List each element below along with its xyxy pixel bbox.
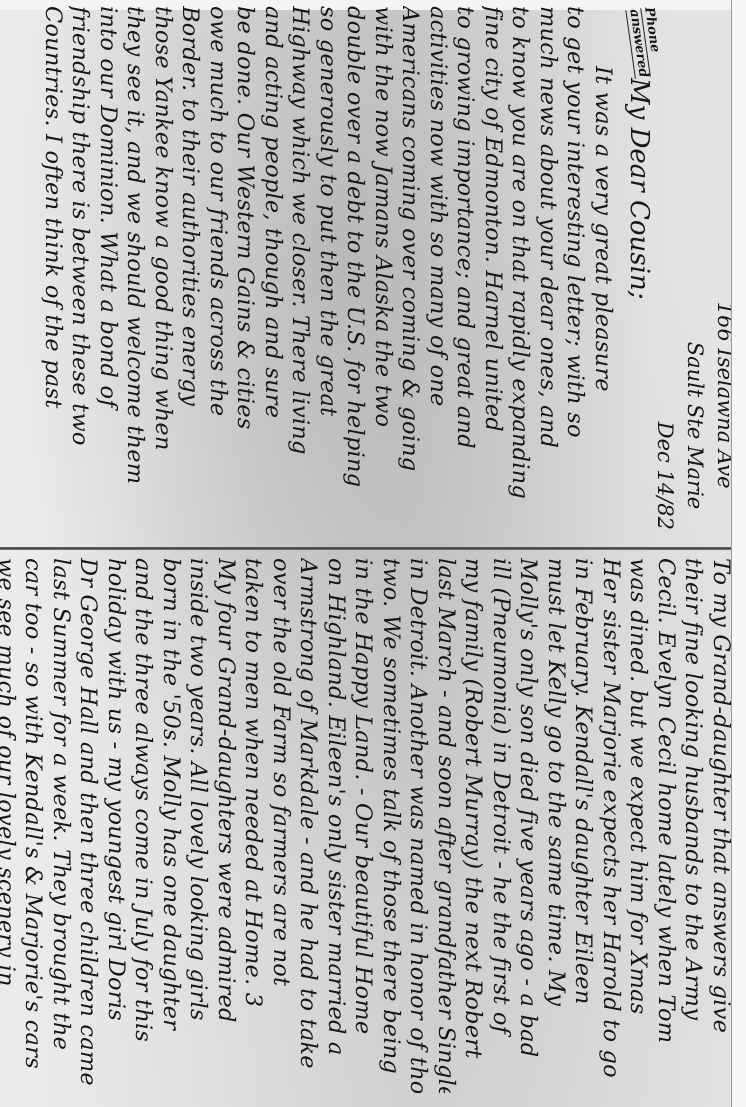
handwritten-line: Cecil. Evelyn Cecil home lately when Tom <box>652 558 680 1093</box>
scan-right-margin <box>731 0 746 1107</box>
handwritten-line: taken to men when needed at Home. 3 <box>239 558 267 1093</box>
handwritten-line: with the now Jamans Alaska the two <box>369 6 397 534</box>
handwritten-line: holiday with us - my youngest girl Doris <box>102 558 130 1093</box>
page-1-body: It was a very great pleasure to get your… <box>39 6 617 534</box>
salutation: My Dear Cousin; <box>624 8 654 299</box>
handwritten-line: It was a very great pleasure <box>589 6 617 534</box>
handwritten-line: in Detroit. Another was named in honor o… <box>404 558 432 1093</box>
handwritten-line: Highway which we closer. There living <box>286 6 314 534</box>
handwritten-line: double over a debt to the U.S. for helpi… <box>341 6 369 534</box>
handwritten-line: in February. Kendall's daughter Eileen <box>569 558 597 1093</box>
page-fold-line <box>0 547 746 550</box>
page-2-body: To my Grand-daughter that answers give t… <box>0 558 734 1093</box>
handwritten-line: much news about your dear ones, and <box>534 6 562 534</box>
handwritten-line: in the Happy Land. - Our beautiful Home <box>349 558 377 1093</box>
address-city: Sault Ste Marie <box>680 302 710 530</box>
handwritten-line: be done. Our Western Gains & cities <box>231 6 259 534</box>
sender-address: 166 Iselawna Ave Sault Ste Marie Dec 14/… <box>650 302 740 530</box>
handwritten-line: My four Grand-daughters were admired <box>212 558 240 1093</box>
handwritten-line: and the three always come in July for th… <box>129 558 157 1093</box>
handwritten-line: Armstrong of Markdale - and he had to ta… <box>294 558 322 1093</box>
handwritten-line: Border. to their authorities energy <box>176 6 204 534</box>
handwritten-line: Americans coming over coming & going <box>396 6 424 534</box>
handwritten-line: into our Dominion. What a bond of <box>94 6 122 534</box>
handwritten-line: Dr George Hall and then three children c… <box>74 558 102 1093</box>
handwritten-line: last March - and soon after grandfather … <box>432 558 460 1093</box>
handwritten-line: To my Grand-daughter that answers give <box>707 558 735 1093</box>
handwritten-line: my family (Robert Murray) the next Rober… <box>459 558 487 1093</box>
handwritten-line: and acting people, though and sure <box>259 6 287 534</box>
handwritten-line: born in the '50s. Molly has one daughter <box>157 558 185 1093</box>
handwritten-line: so generously to put then the great <box>314 6 342 534</box>
handwritten-line: car too - so with Kendall's & Marjorie's… <box>19 558 47 1093</box>
handwritten-line: their fine looking husbands to the Army <box>679 558 707 1093</box>
handwritten-line: activities now with so many of one <box>424 6 452 534</box>
letter-page-1: 166 Iselawna Ave Sault Ste Marie Dec 14/… <box>16 0 746 548</box>
handwritten-line: ill (Pneumonia) in Detroit - he the firs… <box>487 558 515 1093</box>
letter-page-2: To my Grand-daughter that answers give t… <box>6 552 746 1107</box>
handwritten-line: to get your interesting letter; with so <box>561 6 589 534</box>
handwritten-line: was dined. but we expect him for Xmas <box>624 558 652 1093</box>
handwritten-line: Countries. I often think of the past <box>39 6 67 534</box>
handwritten-line: friendship there is between these two <box>66 6 94 534</box>
handwritten-line: we see much of our lovely scenery in <box>0 558 19 1093</box>
handwritten-line: two. We sometimes talk of those there be… <box>377 558 405 1093</box>
letter-date: Dec 14/82 <box>650 302 680 530</box>
handwritten-line: they see it, and we should welcome them <box>121 6 149 534</box>
handwritten-line: on Highland. Eileen's only sister marrie… <box>322 558 350 1093</box>
handwritten-line: Her sister Marjorie expects her Harold t… <box>597 558 625 1093</box>
handwritten-line: inside two years. All lovely looking gir… <box>184 558 212 1093</box>
handwritten-line: must let Kelly go to the same time. My <box>542 558 570 1093</box>
handwritten-line: fine city of Edmonton. Harnel united <box>479 6 507 534</box>
handwritten-line: owe much to our friends across the <box>204 6 232 534</box>
handwritten-line: over the old Farm so farmers are not <box>267 558 295 1093</box>
handwritten-line: last Summer for a week. They brought the <box>47 558 75 1093</box>
scanned-letter: 166 Iselawna Ave Sault Ste Marie Dec 14/… <box>0 0 746 1107</box>
handwritten-line: to know you are on that rapidly expandin… <box>506 6 534 534</box>
handwritten-line: those Yankee know a good thing when <box>149 6 177 534</box>
handwritten-line: to growing importance; and great and <box>451 6 479 534</box>
handwritten-line: Molly's only son died five years ago - a… <box>514 558 542 1093</box>
